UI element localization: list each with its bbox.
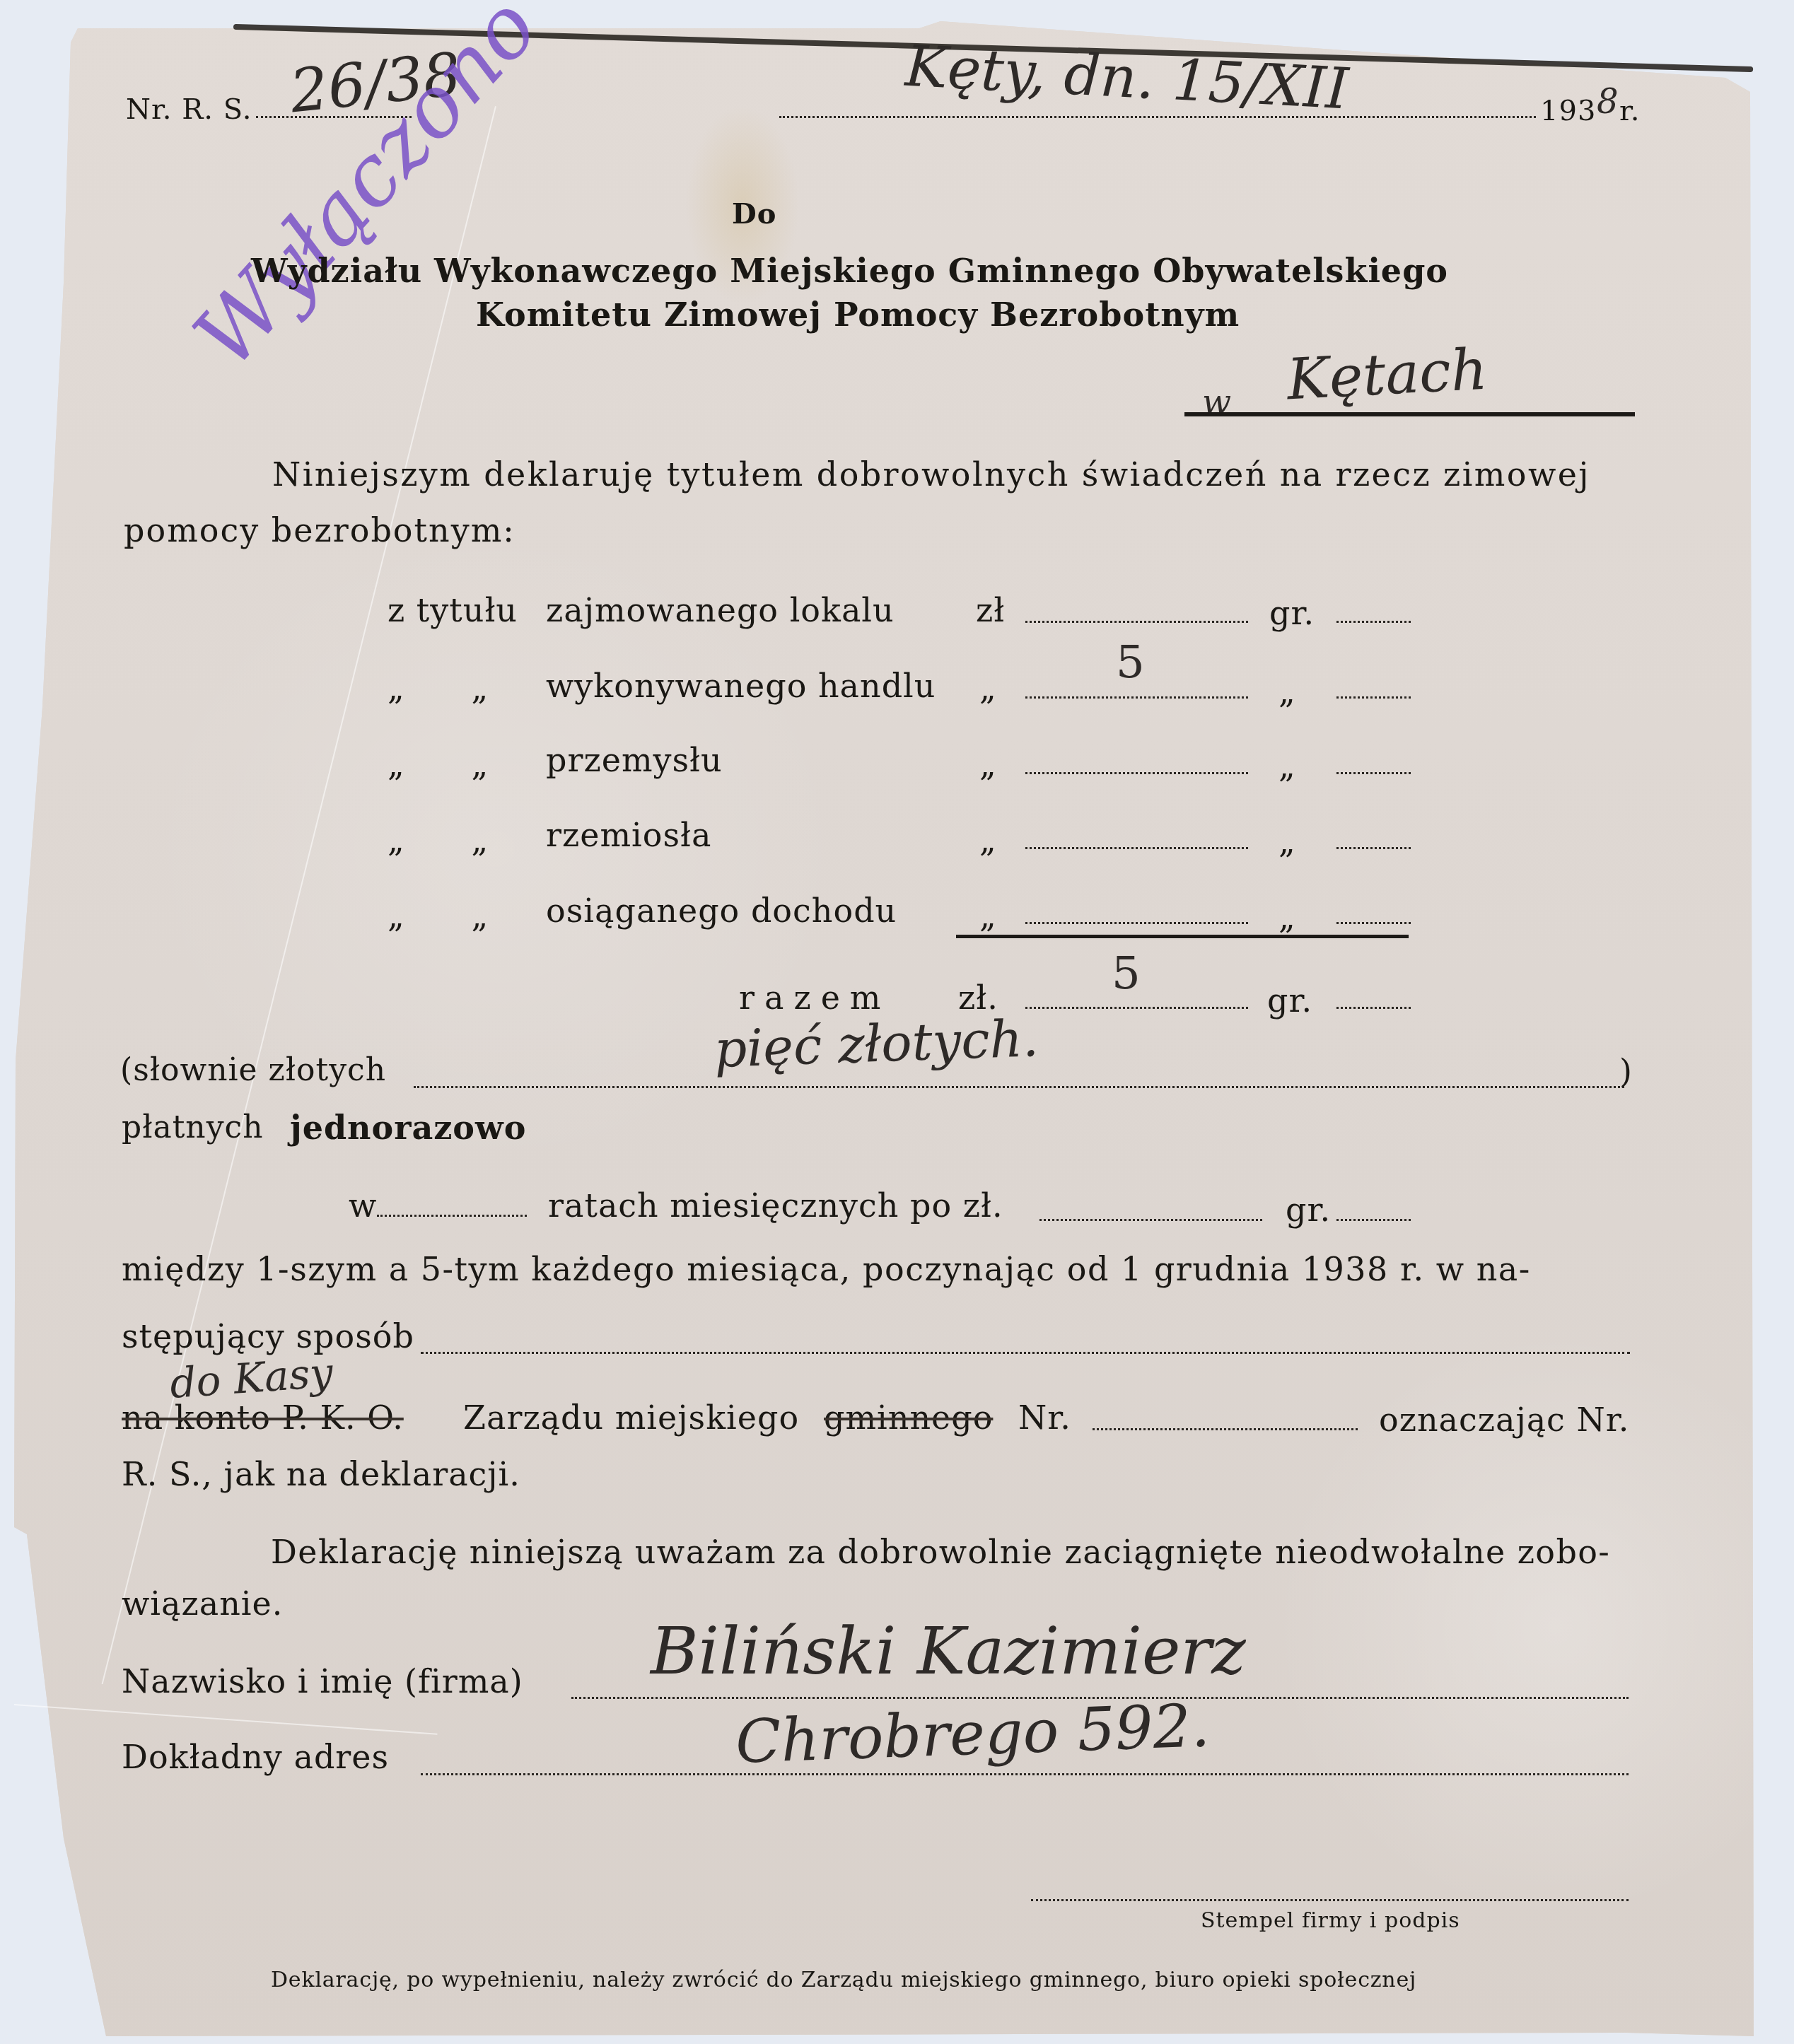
row-zl-field[interactable]	[1025, 847, 1248, 849]
account-struck-text: na konto P. K. O.	[122, 1401, 404, 1434]
row-zl-label: „	[979, 824, 997, 856]
payment-method-handwritten[interactable]: do Kasy	[168, 1352, 334, 1404]
words-close-paren: )	[1619, 1055, 1633, 1087]
address-label: Dokładny adres	[122, 1741, 389, 1773]
installments-gr-label: gr.	[1286, 1193, 1331, 1226]
row-gr-field[interactable]	[1336, 772, 1411, 774]
total-zl-value[interactable]: 5	[1112, 951, 1141, 996]
location-underline	[1184, 412, 1635, 416]
location-value[interactable]: Kętach	[1286, 341, 1489, 409]
installments-w-label: w	[349, 1189, 377, 1222]
account-nr-label: Nr.	[1018, 1401, 1071, 1434]
sum-rule	[956, 935, 1409, 938]
row-prefix: „ „	[388, 824, 516, 856]
words-label: (słownie złotych	[120, 1055, 386, 1086]
row-gr-field[interactable]	[1336, 922, 1411, 924]
row-zl-value[interactable]: 5	[1116, 640, 1145, 685]
row-gr-field[interactable]	[1336, 847, 1411, 849]
installments-zl-field[interactable]	[1039, 1219, 1262, 1221]
words-field-line	[414, 1086, 1624, 1088]
row-gr-label: „	[1278, 901, 1296, 933]
row-zl-field[interactable]	[1025, 696, 1248, 699]
stamp-signature-label: Stempel firmy i podpis	[1201, 1910, 1460, 1932]
payment-schedule-text: między 1-szym a 5-tym każdego miesiąca, …	[122, 1253, 1531, 1285]
account-marking-text: oznaczając Nr.	[1379, 1403, 1629, 1436]
row-zl-label: zł	[976, 594, 1005, 626]
row-gr-field[interactable]	[1336, 696, 1411, 699]
account-nr-field[interactable]	[1093, 1428, 1358, 1430]
total-zl-field[interactable]	[1025, 1007, 1248, 1009]
installments-gr-field[interactable]	[1336, 1219, 1411, 1221]
row-gr-label: „	[1278, 749, 1296, 782]
row-gr-label: „	[1278, 675, 1296, 708]
account-rs-text: R. S., jak na deklaracji.	[122, 1458, 520, 1490]
row-prefix: „ „	[388, 899, 516, 932]
footer-note: Deklarację, po wypełnieniu, należy zwróc…	[271, 1970, 1416, 1991]
row-label: osiąganego dochodu	[546, 894, 897, 927]
row-prefix: „ „	[388, 748, 516, 781]
row-zl-field[interactable]	[1025, 922, 1248, 924]
total-zl-label: zł.	[958, 981, 998, 1014]
account-mid-text: Zarządu miejskiego	[463, 1401, 799, 1434]
addressee-line1: Wydziału Wykonawczego Miejskiego Gminneg…	[251, 255, 1448, 287]
row-prefix: „ „	[388, 672, 516, 704]
stamp-signature-line[interactable]	[1031, 1899, 1629, 1901]
row-zl-field[interactable]	[1025, 621, 1248, 623]
payment-method-label: stępujący sposób	[122, 1320, 414, 1353]
payment-jednorazowo: jednorazowo	[290, 1111, 526, 1144]
account-struck-gminnego: gminnego	[824, 1401, 993, 1434]
total-gr-field[interactable]	[1336, 1007, 1411, 1009]
row-label: przemysłu	[546, 744, 723, 776]
row-zl-field[interactable]	[1025, 772, 1248, 774]
words-field-value[interactable]: pięć złotych.	[713, 1012, 1039, 1075]
year-prefix: 193	[1540, 97, 1596, 125]
row-gr-label: „	[1278, 825, 1296, 858]
place-date-field-line	[779, 116, 1536, 118]
row-prefix: z tytułu	[388, 594, 518, 626]
nr-rs-label: Nr. R. S.	[126, 95, 252, 124]
intro-line1: Niniejszym deklaruję tytułem dobrowolnyc…	[272, 458, 1590, 491]
name-label: Nazwisko i imię (firma)	[122, 1665, 523, 1698]
row-zl-label: „	[979, 899, 997, 932]
row-label: wykonywanego handlu	[546, 670, 936, 702]
row-gr-label: gr.	[1269, 597, 1315, 629]
row-label: zajmowanego lokalu	[546, 594, 895, 626]
installments-count-field[interactable]	[377, 1215, 527, 1217]
row-zl-label: „	[979, 672, 997, 704]
total-gr-label: gr.	[1267, 984, 1312, 1017]
total-label: razem	[739, 981, 891, 1014]
row-zl-label: „	[979, 748, 997, 781]
addressee-line2: Komitetu Zimowej Pomocy Bezrobotnym	[476, 298, 1240, 331]
addressee-do: Do	[732, 200, 776, 228]
name-field-value[interactable]: Biliński Kazimierz	[651, 1619, 1246, 1684]
payment-method-field[interactable]	[421, 1352, 1630, 1354]
intro-line2: pomocy bezrobotnym:	[124, 514, 516, 547]
row-gr-field[interactable]	[1336, 621, 1411, 623]
row-label: rzemiosła	[546, 819, 711, 851]
installments-label: ratach miesięcznych po zł.	[548, 1189, 1003, 1222]
payment-platnych: płatnych	[122, 1112, 264, 1143]
year-r: r.	[1619, 97, 1640, 125]
address-field-value[interactable]: Chrobrego 592.	[735, 1695, 1211, 1771]
commitment-line2: wiązanie.	[122, 1587, 283, 1620]
address-field-line	[421, 1773, 1629, 1775]
year-suffix-value[interactable]: 8	[1597, 85, 1619, 119]
commitment-line1: Deklarację niniejszą uważam za dobrowoln…	[271, 1536, 1610, 1568]
